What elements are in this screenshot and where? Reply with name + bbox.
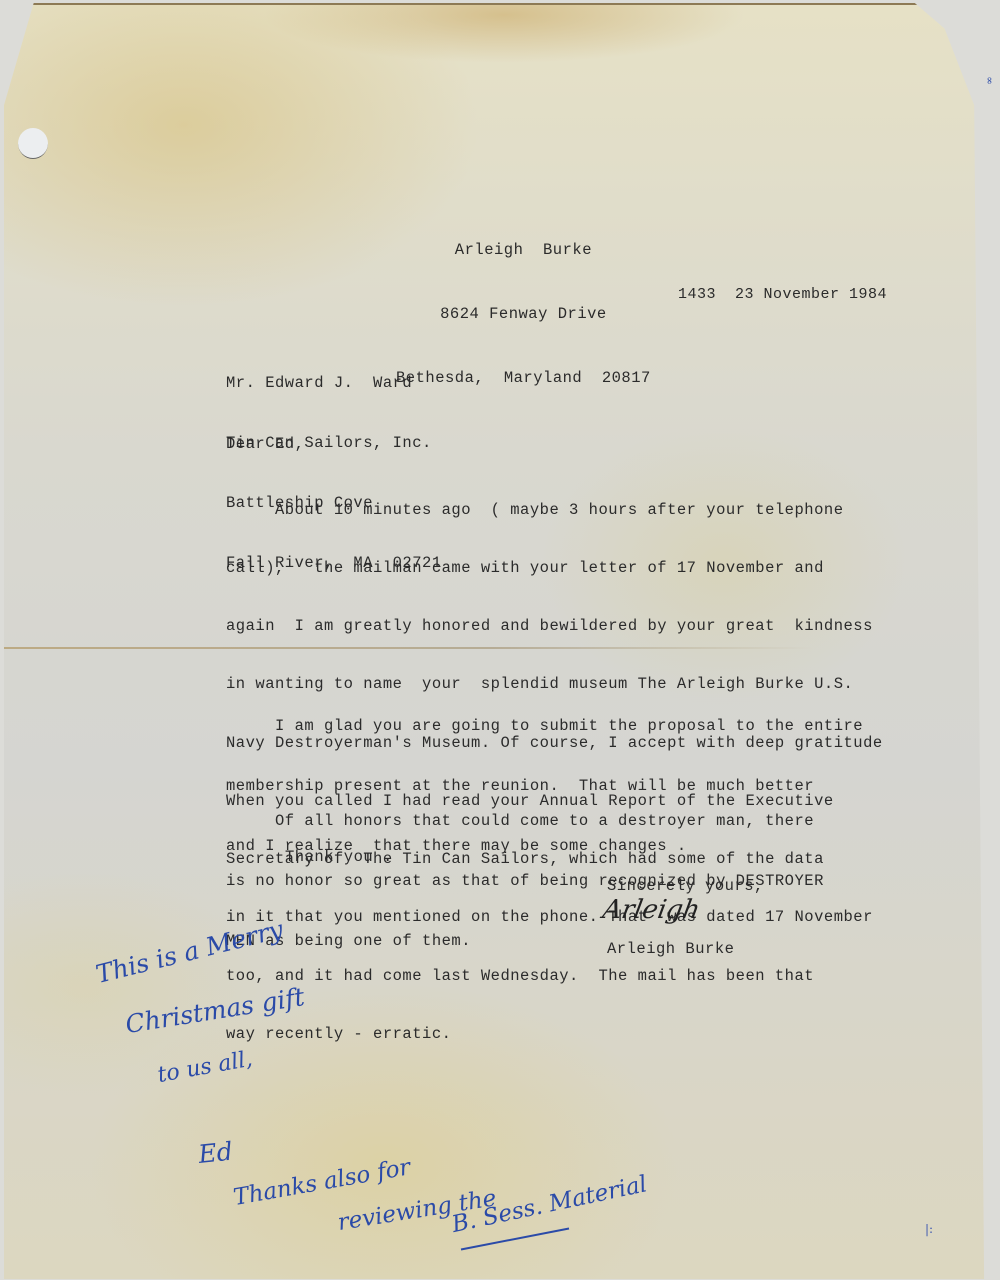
complimentary-close: Sincerely yours, — [607, 875, 764, 897]
body-line: call), the mailman came with your letter… — [226, 559, 883, 578]
body-line: again I am greatly honored and bewildere… — [226, 617, 883, 636]
body-line: I am glad you are going to submit the pr… — [226, 716, 863, 736]
thank-you-line: Thank you . — [285, 846, 393, 868]
margin-ink-mark: ∞ — [984, 76, 995, 84]
body-line: way recently - erratic. — [226, 1025, 883, 1044]
letterhead-street: 8624 Fenway Drive — [396, 304, 651, 324]
body-line: About 10 minutes ago ( maybe 3 hours aft… — [226, 501, 883, 520]
punch-hole — [18, 128, 48, 159]
ink-speck: |: — [925, 1222, 933, 1236]
handwritten-signature: Arleigh — [600, 895, 702, 925]
letter-date: 1433 23 November 1984 — [678, 284, 887, 306]
letterhead-name: Arleigh Burke — [396, 240, 651, 260]
typed-signer-name: Arleigh Burke — [607, 938, 734, 960]
body-line: Of all honors that could come to a destr… — [226, 811, 824, 831]
handwritten-note-signoff: Ed — [197, 1137, 234, 1169]
salutation: Dear Ed, — [226, 433, 304, 455]
recipient-name: Mr. Edward J. Ward — [226, 373, 442, 393]
